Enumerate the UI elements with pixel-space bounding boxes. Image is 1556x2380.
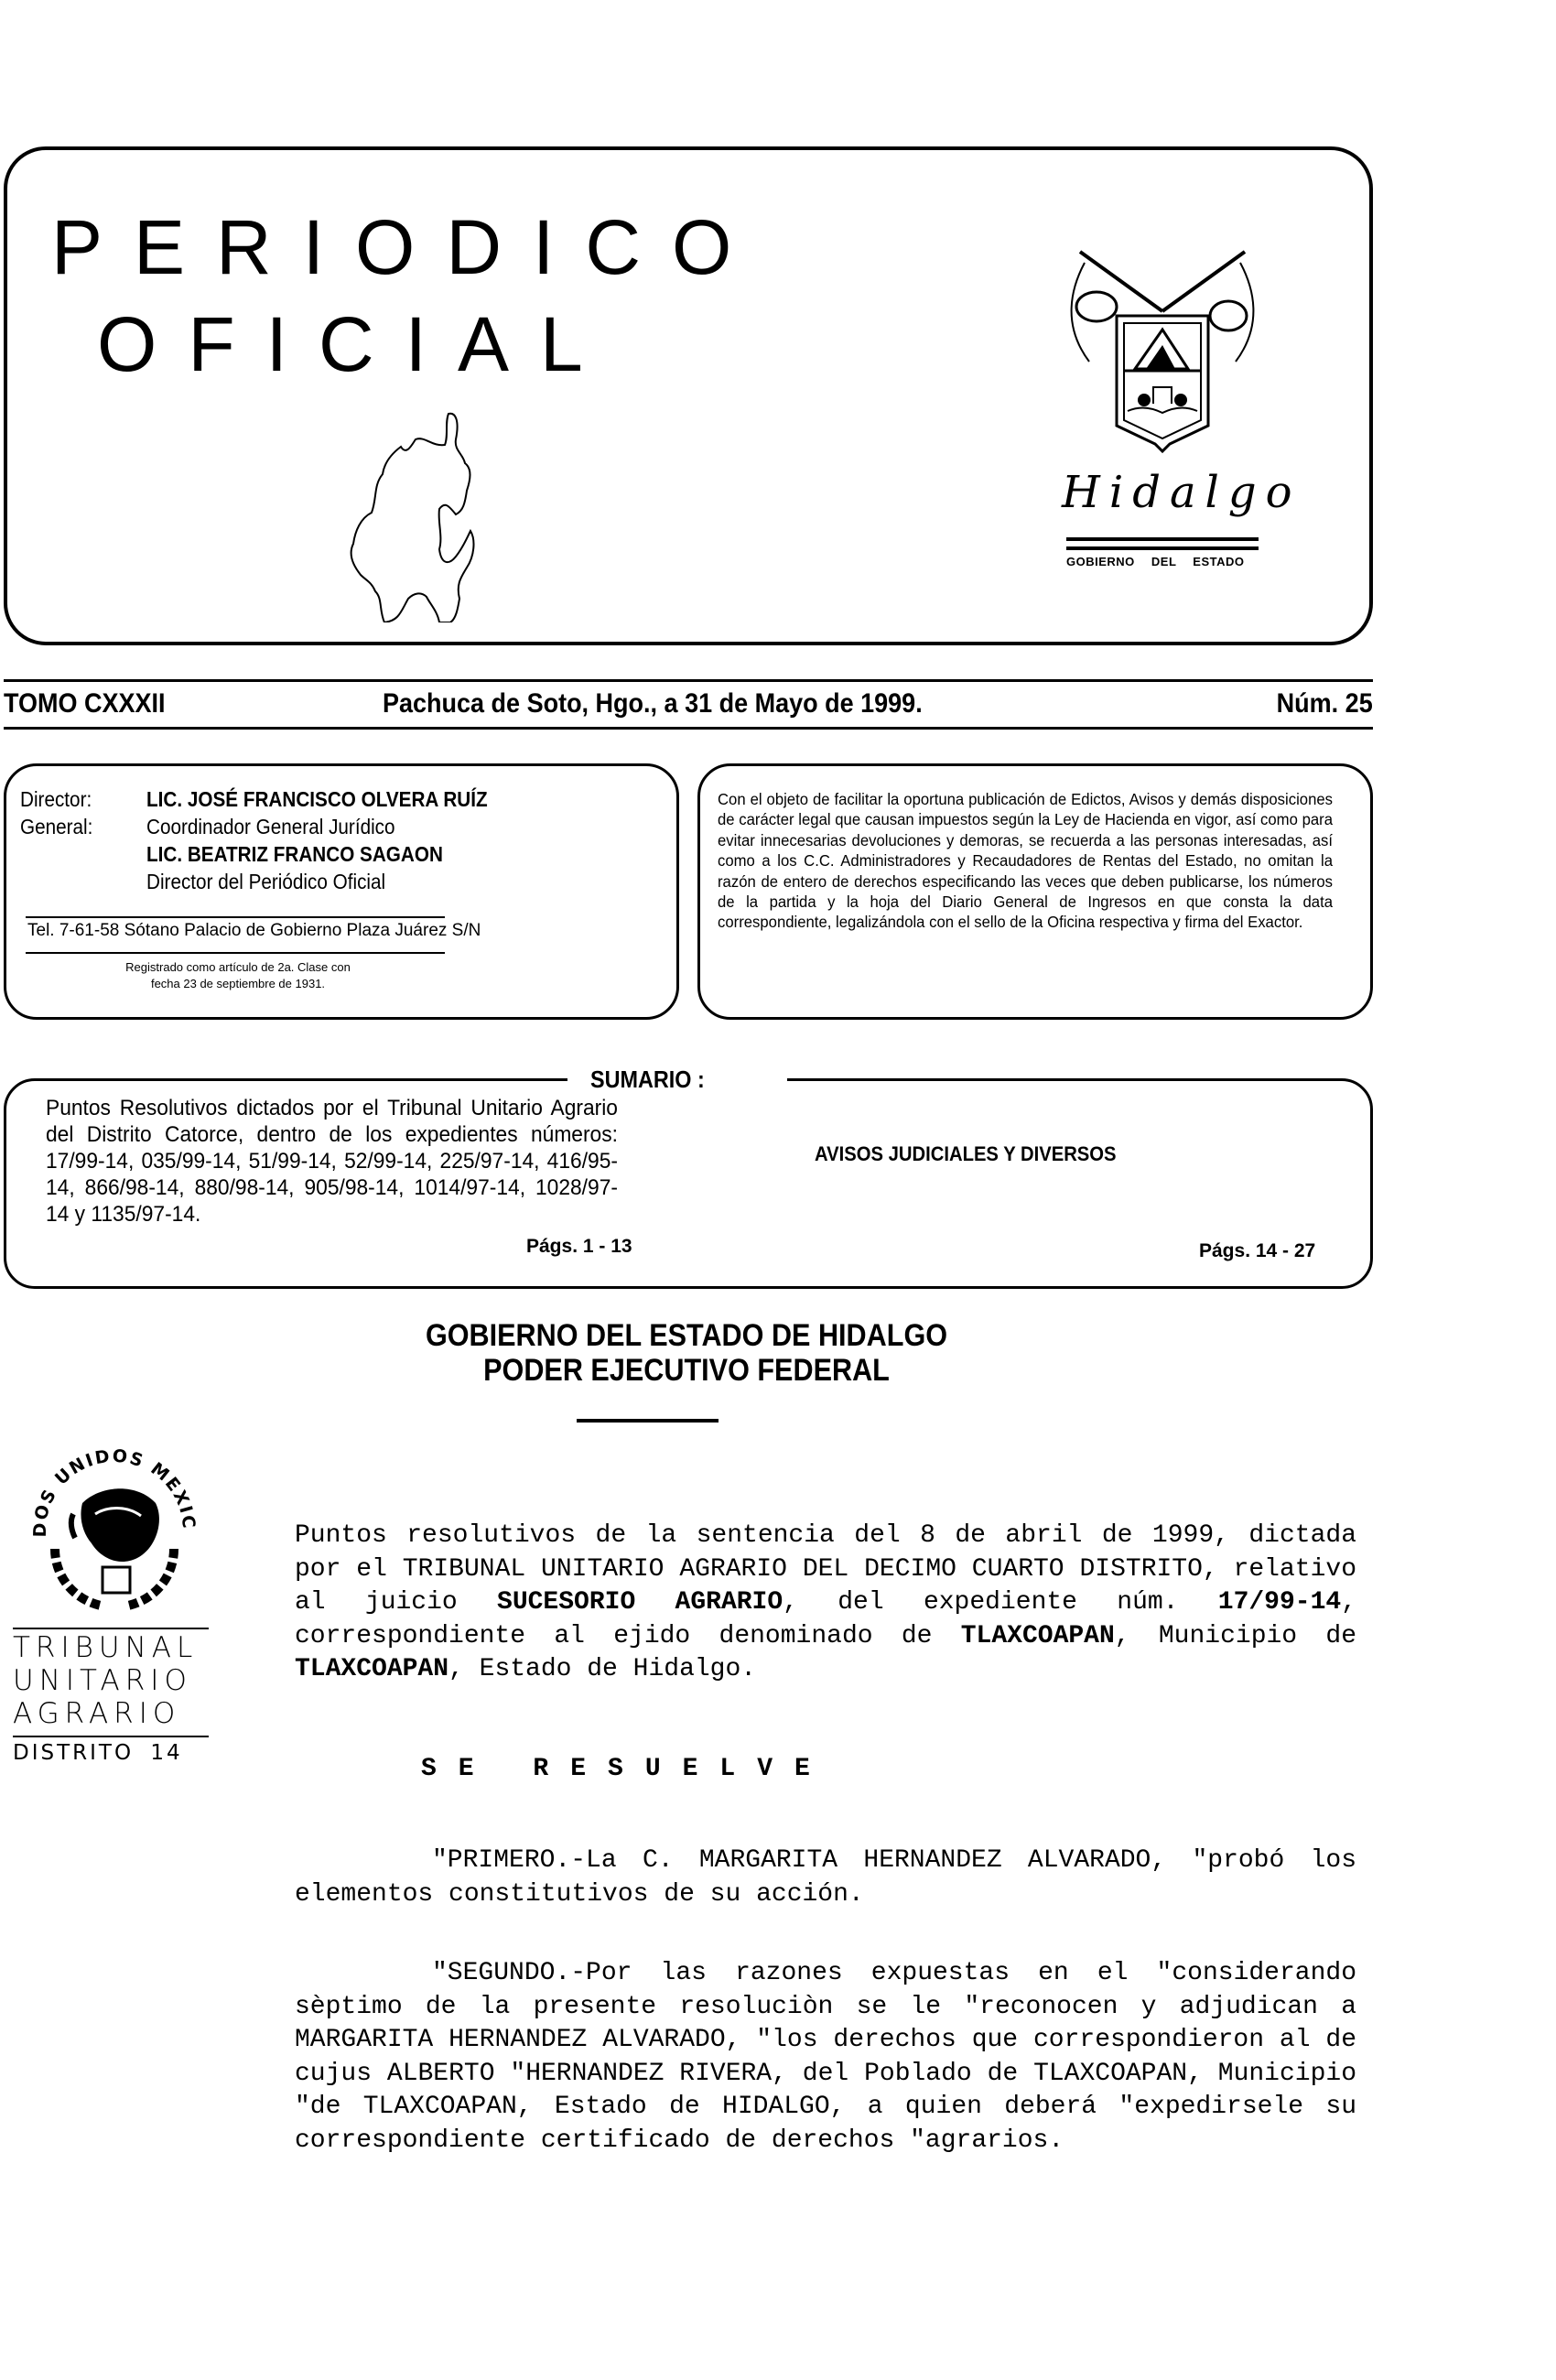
intro-text: , Estado de Hidalgo. [448, 1655, 756, 1683]
sumario-entry-notices: AVISOS JUDICIALES Y DIVERSOS [815, 1142, 1117, 1166]
divider [1066, 546, 1259, 550]
sumario-entry-resolutions-pages: Págs. 1 - 13 [526, 1236, 632, 1258]
registration-line1: Registrado como artículo de 2a. Clase co… [73, 959, 403, 976]
intro-ejido-name: TLAXCOAPAN [961, 1622, 1115, 1650]
section-heading-line1: GOBIERNO DEL ESTADO DE HIDALGO [357, 1318, 1016, 1353]
divider [4, 679, 1373, 682]
director-general-name: LIC. JOSÉ FRANCISCO OLVERA RUÍZ [146, 785, 488, 813]
periodico-director-name: LIC. BEATRIZ FRANCO SAGAON [146, 840, 443, 868]
resolution-point-first: "PRIMERO.-La C. MARGARITA HERNANDEZ ALVA… [295, 1844, 1356, 1911]
sumario-entry-notices-pages: Págs. 14 - 27 [1199, 1240, 1315, 1262]
issue-volume: TOMO CXXXII [4, 688, 166, 719]
intro-text: , Municipio de [1115, 1622, 1356, 1650]
issue-number: Núm. 25 [1277, 688, 1373, 719]
tribunal-word1: TRIBUNAL [13, 1631, 210, 1664]
office-address: Tel. 7-61-58 Sótano Palacio de Gobierno … [27, 921, 481, 941]
divider [13, 1736, 209, 1737]
resolution-intro-paragraph: Puntos resolutivos de la sentencia del 8… [295, 1520, 1356, 1687]
divider [13, 1628, 209, 1629]
divider [577, 1419, 719, 1423]
hidalgo-map-icon [293, 403, 531, 622]
section-heading-line2: PODER EJECUTIVO FEDERAL [357, 1353, 1016, 1388]
tribunal-district: DISTRITO 14 [13, 1741, 183, 1765]
divider [4, 727, 1373, 730]
intro-trial-type: SUCESORIO AGRARIO [497, 1588, 783, 1617]
staff-label-general: General: [20, 813, 92, 840]
registration-line2: fecha 23 de septiembre de 1931. [73, 976, 403, 992]
divider [26, 916, 445, 918]
government-label: GOBIERNO DEL ESTADO [1066, 555, 1260, 568]
sumario-title: SUMARIO : [590, 1066, 705, 1094]
divider [1066, 537, 1259, 541]
masthead-title-line1: PERIODICO [51, 209, 762, 286]
director-general-role: Coordinador General Jurídico [146, 813, 395, 840]
divider [26, 952, 445, 954]
mexican-national-seal-icon: ESTADOS UNIDOS MEXICANOS [18, 1430, 211, 1622]
intro-text: , del expediente núm. [783, 1588, 1218, 1617]
resolve-heading: SE RESUELVE [421, 1753, 832, 1787]
registration-note: Registrado como artículo de 2a. Clase co… [73, 959, 403, 992]
state-name-script: Hidalgo [1062, 467, 1272, 518]
tribunal-word3: AGRARIO [13, 1697, 210, 1730]
masthead-title-line2: OFICIAL [97, 306, 614, 383]
issue-place-date: Pachuca de Soto, Hgo., a 31 de Mayo de 1… [383, 688, 923, 719]
tribunal-word2: UNITARIO [13, 1664, 210, 1697]
periodico-director-role: Director del Periódico Oficial [146, 868, 385, 895]
staff-label-director: Director: [20, 785, 92, 813]
resolution-point-second: "SEGUNDO.-Por las razones expuestas en e… [295, 1957, 1356, 2158]
hidalgo-coat-of-arms-icon [1062, 243, 1263, 462]
intro-case-number: 17/99-14 [1218, 1588, 1341, 1617]
section-heading: GOBIERNO DEL ESTADO DE HIDALGO PODER EJE… [357, 1318, 1016, 1388]
intro-municipality-name: TLAXCOAPAN [295, 1655, 448, 1683]
sumario-entry-resolutions: Puntos Resolutivos dictados por el Tribu… [46, 1095, 618, 1228]
publication-notice-text: Con el objeto de facilitar la oportuna p… [718, 789, 1333, 933]
